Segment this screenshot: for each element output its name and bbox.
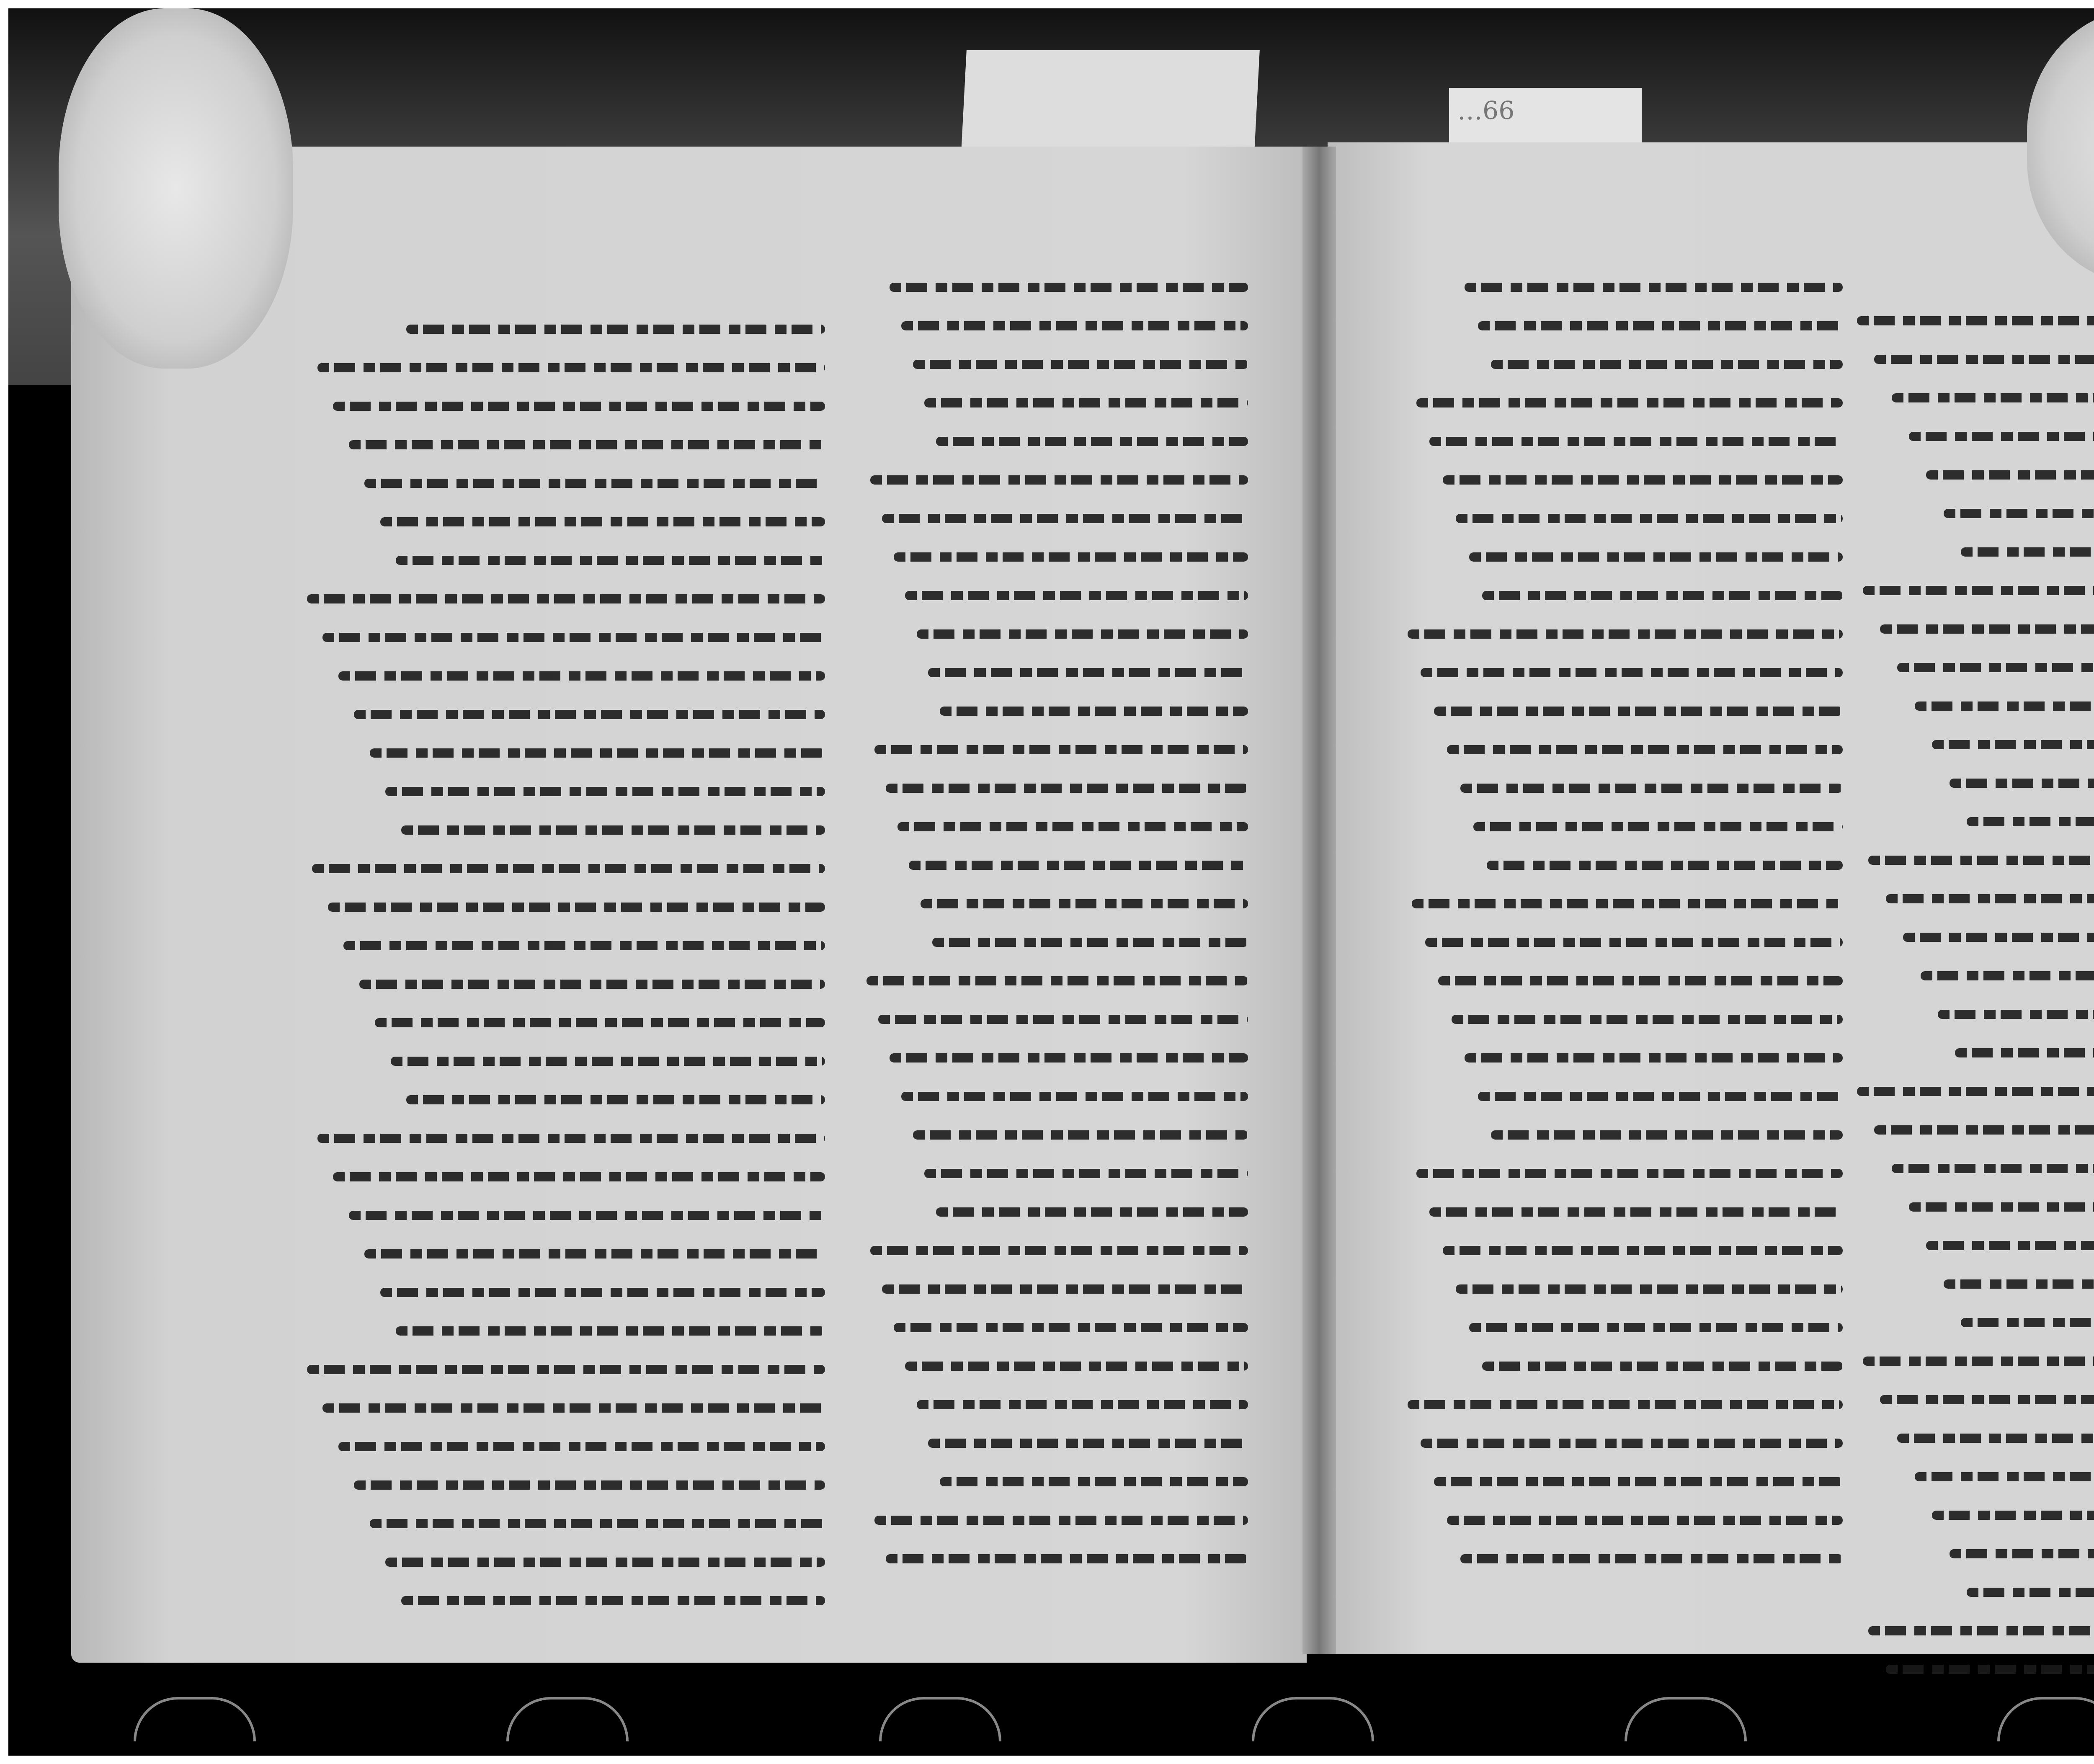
script-line [1851, 1457, 2094, 1496]
script-line [302, 1504, 825, 1543]
script-line [1403, 1385, 1843, 1424]
script-line [1851, 1265, 2094, 1303]
script-line [302, 965, 825, 1003]
script-line [863, 1270, 1248, 1308]
script-line [1403, 1308, 1843, 1347]
script-line [1851, 1303, 2094, 1342]
script-line [1851, 571, 2094, 610]
script-line [302, 1543, 825, 1581]
text-column-left-outer [302, 310, 825, 1620]
script-line [1851, 1496, 2094, 1534]
script-line [1403, 1501, 1843, 1540]
script-line [863, 885, 1248, 923]
script-line [1851, 1380, 2094, 1419]
script-line [1403, 1231, 1843, 1270]
script-line [1403, 615, 1843, 653]
script-line [863, 1231, 1248, 1270]
script-line [302, 1081, 825, 1119]
script-line [302, 695, 825, 734]
script-line [863, 307, 1248, 345]
script-line [1403, 692, 1843, 730]
script-line [1851, 1342, 2094, 1380]
script-line [863, 807, 1248, 846]
script-line [863, 1154, 1248, 1193]
script-line [1403, 461, 1843, 499]
script-line [863, 538, 1248, 576]
script-line [1403, 730, 1843, 769]
script-line [302, 1196, 825, 1235]
script-line [1851, 302, 2094, 340]
sprocket-hole [134, 1697, 256, 1741]
script-line [863, 1347, 1248, 1385]
script-line [1851, 379, 2094, 417]
script-line [302, 1350, 825, 1389]
script-line [863, 1116, 1248, 1154]
script-line [1403, 1540, 1843, 1578]
script-line [1851, 918, 2094, 957]
sprocket-hole [1997, 1697, 2094, 1741]
script-line [1403, 769, 1843, 807]
script-line [1851, 1149, 2094, 1188]
script-line [1403, 807, 1843, 846]
script-line [1851, 1573, 2094, 1612]
script-line [1403, 846, 1843, 885]
script-line [1851, 648, 2094, 687]
script-line [1403, 962, 1843, 1000]
script-line [1403, 307, 1843, 345]
script-line [863, 1039, 1248, 1077]
script-line [302, 1042, 825, 1081]
script-line [863, 268, 1248, 307]
script-line [302, 580, 825, 618]
script-line [863, 692, 1248, 730]
script-line [1851, 610, 2094, 648]
script-line [302, 1119, 825, 1158]
script-line [302, 849, 825, 888]
script-line [302, 926, 825, 965]
text-column-right-outer [1851, 302, 2094, 1689]
script-line [863, 846, 1248, 885]
script-line [1403, 1077, 1843, 1116]
script-line [302, 772, 825, 811]
script-line [863, 1501, 1248, 1540]
script-line [863, 923, 1248, 962]
script-line [302, 348, 825, 387]
sprocket-hole [879, 1697, 1001, 1741]
sprocket-hole [1252, 1697, 1374, 1741]
script-line [1851, 687, 2094, 725]
script-line [863, 1193, 1248, 1231]
script-line [863, 345, 1248, 384]
script-line [1851, 1188, 2094, 1226]
script-line [863, 653, 1248, 692]
script-line [1403, 1039, 1843, 1077]
script-line [1403, 1193, 1843, 1231]
script-line [863, 576, 1248, 615]
book-gutter [1302, 147, 1336, 1654]
script-line [863, 499, 1248, 538]
script-line [302, 503, 825, 541]
photo-frame: …66 [8, 8, 2094, 1756]
script-line [863, 1308, 1248, 1347]
script-line [1851, 1419, 2094, 1457]
script-line [302, 657, 825, 695]
script-line [302, 464, 825, 503]
script-line [863, 730, 1248, 769]
script-line [1403, 1270, 1843, 1308]
script-line [1851, 456, 2094, 494]
script-line [863, 1000, 1248, 1039]
script-line [863, 962, 1248, 1000]
film-sprockets [8, 1697, 2094, 1739]
script-line [1403, 384, 1843, 422]
script-line [1851, 879, 2094, 918]
script-line [1851, 494, 2094, 533]
script-line [1403, 1462, 1843, 1501]
script-line [1403, 576, 1843, 615]
script-line [302, 1158, 825, 1196]
script-line [302, 811, 825, 849]
script-line [863, 1540, 1248, 1578]
sprocket-hole [506, 1697, 629, 1741]
script-line [1851, 802, 2094, 841]
script-line [1851, 1111, 2094, 1149]
script-line [863, 1077, 1248, 1116]
sprocket-hole [1625, 1697, 1747, 1741]
script-line [863, 1462, 1248, 1501]
script-line [1403, 1424, 1843, 1462]
script-line [1851, 1534, 2094, 1573]
script-line [302, 310, 825, 348]
left-hand [59, 8, 293, 369]
script-line [1403, 1154, 1843, 1193]
script-line [1851, 725, 2094, 764]
script-line [863, 461, 1248, 499]
script-line [302, 1389, 825, 1427]
script-line [1851, 1650, 2094, 1689]
script-line [863, 384, 1248, 422]
script-line [863, 1424, 1248, 1462]
script-line [863, 769, 1248, 807]
script-line [1851, 1034, 2094, 1072]
script-line [302, 1581, 825, 1620]
script-line [302, 888, 825, 926]
script-line [302, 618, 825, 657]
script-line [1403, 1116, 1843, 1154]
script-line [1851, 764, 2094, 802]
script-line [302, 1273, 825, 1312]
script-line [1403, 499, 1843, 538]
script-line [302, 426, 825, 464]
script-line [1851, 957, 2094, 995]
script-line [302, 1312, 825, 1350]
script-line [1851, 1226, 2094, 1265]
script-line [302, 541, 825, 580]
script-line [863, 1385, 1248, 1424]
script-line [302, 1427, 825, 1466]
script-line [1403, 653, 1843, 692]
script-line [302, 734, 825, 772]
script-line [863, 422, 1248, 461]
script-line [1851, 841, 2094, 879]
script-line [302, 1235, 825, 1273]
script-line [1403, 345, 1843, 384]
script-line [1403, 538, 1843, 576]
script-line [1851, 1612, 2094, 1650]
script-line [1403, 1347, 1843, 1385]
script-line [1403, 422, 1843, 461]
script-line [302, 1003, 825, 1042]
script-line [1851, 417, 2094, 456]
script-line [1851, 995, 2094, 1034]
script-line [302, 387, 825, 426]
script-line [1403, 885, 1843, 923]
script-line [1403, 1000, 1843, 1039]
script-line [1403, 923, 1843, 962]
script-line [1851, 1072, 2094, 1111]
text-column-right-inner [1403, 268, 1843, 1578]
script-line [302, 1466, 825, 1504]
text-column-left-inner [863, 268, 1248, 1578]
script-line [863, 615, 1248, 653]
script-line [1403, 268, 1843, 307]
script-line [1851, 340, 2094, 379]
script-line [1851, 533, 2094, 571]
